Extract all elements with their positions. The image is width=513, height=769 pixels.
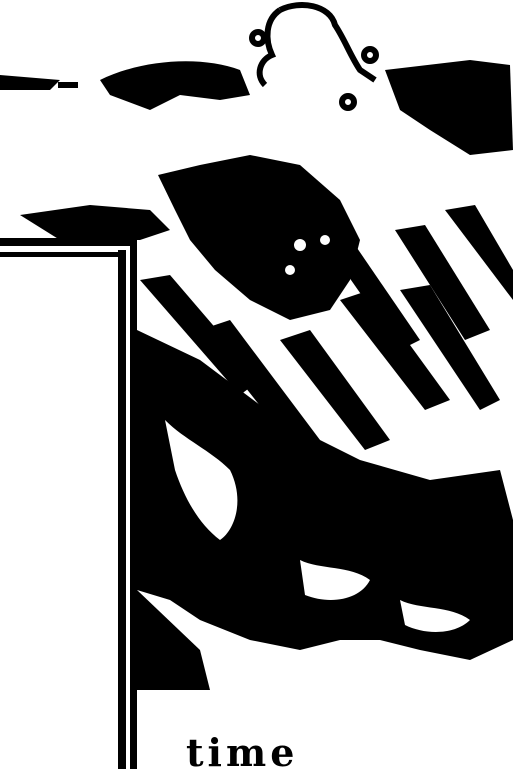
- wave-crest: [252, 5, 376, 108]
- wave-illustration: [0, 0, 513, 769]
- caption-text: time: [186, 730, 298, 769]
- illustration: time: [0, 0, 513, 769]
- frame-border: [0, 82, 137, 769]
